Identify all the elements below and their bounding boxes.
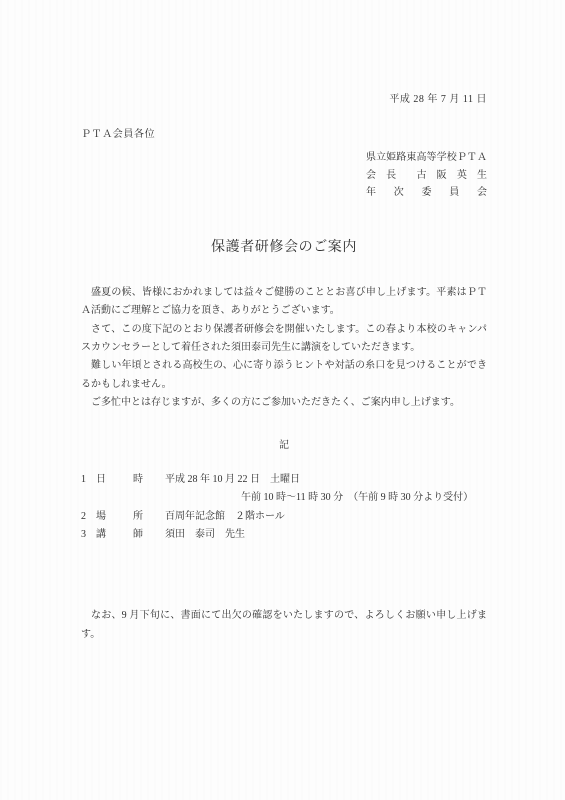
body-paragraph-greeting: 盛夏の候、皆様におかれましては益々ご健勝のこととお喜び申し上げます。平素はＰＴＡ… [81, 284, 487, 321]
sender-organization: 県立姫路東高等学校ＰＴＡ [366, 149, 487, 167]
list-item-lecturer: 3 講 師 須田 泰司 先生 [81, 526, 487, 545]
document-page: 平成 28 年 7 月 11 日 ＰＴＡ会員各位 県立姫路東高等学校ＰＴＡ 会 … [0, 0, 565, 800]
sender-committee: 年 次 委 員 会 [366, 184, 487, 202]
body-paragraph-invitation: ご多忙中とは存じますが、多くの方にご参加いただきたく、ご案内申し上げます。 [81, 394, 487, 412]
item-number: 1 [81, 471, 96, 490]
list-item-place: 2 場 所 百周年記念館 ２階ホール [81, 508, 487, 527]
body-paragraph-announcement: さて、この度下記のとおり保護者研修会を開催いたします。この春より本校のキャンパス… [81, 321, 487, 358]
date-line: 平成 28 年 7 月 11 日 [81, 93, 487, 107]
item-content-place: 百周年記念館 ２階ホール [165, 508, 487, 527]
item-label-datetime: 日 時 [96, 471, 143, 490]
sender-chairman-name: 会 長 古 阪 英 生 [366, 167, 487, 185]
detail-list: 1 日 時 平成 28 年 10 月 22 日 土曜日 午前 10 時～11 時… [81, 471, 487, 545]
item-content-time: 午前 10 時～11 時 30 分 （午前 9 時 30 分より受付） [81, 489, 487, 508]
item-label-lecturer: 講 師 [96, 526, 143, 545]
body-paragraph-benefit: 難しい年頃とされる高校生の、心に寄り添うヒントや対話の糸口を見つけることができる… [81, 357, 487, 394]
item-number: 2 [81, 508, 96, 527]
closing-paragraph: なお、9 月下旬に、書面にて出欠の確認をいたしますので、よろしくお願い申し上げま… [81, 606, 487, 645]
body-text: 盛夏の候、皆様におかれましては益々ご健勝のこととお喜び申し上げます。平素はＰＴＡ… [81, 284, 487, 413]
item-content-lecturer: 須田 泰司 先生 [165, 526, 487, 545]
item-number: 3 [81, 526, 96, 545]
document-title: 保護者研修会のご案内 [81, 239, 487, 256]
sender-block: 県立姫路東高等学校ＰＴＡ 会 長 古 阪 英 生 年 次 委 員 会 [366, 149, 487, 202]
addressee: ＰＴＡ会員各位 [81, 128, 487, 142]
list-item-datetime: 1 日 時 平成 28 年 10 月 22 日 土曜日 [81, 471, 487, 490]
item-label-place: 場 所 [96, 508, 143, 527]
item-content-date: 平成 28 年 10 月 22 日 土曜日 [165, 471, 487, 490]
record-marker: 記 [81, 439, 487, 453]
